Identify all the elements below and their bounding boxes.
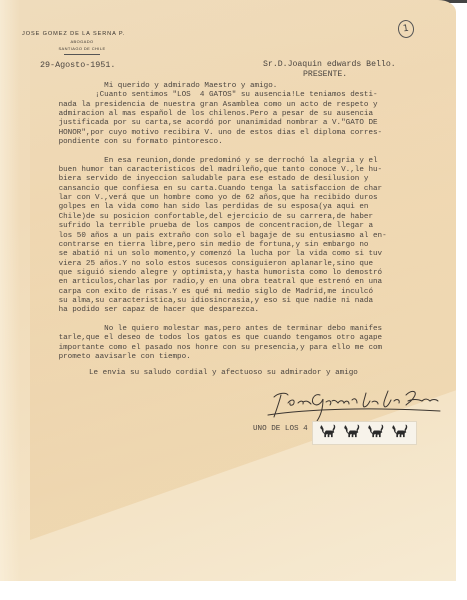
recipient-block: Sr.D.Joaquin edwards Bello. PRESENTE. [263, 60, 396, 79]
body-line: No le quiero molestar mas,pero antes de … [13, 325, 387, 334]
body-line: Chile)de su posicion confortable,del eje… [13, 213, 387, 222]
body-line: tarle,que el deseo de todos los gatos es… [13, 334, 387, 343]
body-line: sufrido la terrible prueba de los campos… [13, 222, 387, 231]
body-line: En esa reunion,donde predominó y se derr… [13, 157, 387, 166]
letterhead-divider [64, 54, 100, 55]
letterhead-city: SANTIAGO DE CHILE [22, 46, 142, 51]
arched-cat-icon [392, 423, 409, 443]
arched-cat-icon [368, 423, 385, 443]
body-line: carpa con exito de risas.Y es qué mi med… [13, 288, 387, 297]
handwritten-signature [248, 385, 448, 425]
body-line: importante como el pasado nos honre con … [13, 344, 387, 353]
four-cats-stamp [312, 421, 417, 445]
recipient-presente: PRESENTE. [303, 70, 347, 79]
letterhead-role: ABOGADO [22, 39, 142, 44]
body-line: buen humor tan caracteristicos del madri… [13, 166, 387, 175]
letter-closing: Le envia su saludo cordial y afectuoso s… [89, 369, 358, 378]
body-line: nada la presidencia de nuestra gran Asam… [13, 101, 387, 110]
body-line [13, 147, 387, 156]
body-line: que siguió siendo alegre y optimista,y h… [13, 269, 387, 278]
arched-cat-icon [320, 423, 337, 443]
body-line: cansancio que confiesa en su carta.Cuand… [13, 185, 387, 194]
body-line: ha podido ser capaz de hacer que despare… [13, 306, 387, 315]
letter-date: 29-Agosto-1951. [40, 61, 115, 70]
letterhead: JOSE GOMEZ DE LA SERNA P. ABOGADO SANTIA… [22, 31, 142, 55]
body-line: admiracion al mas español de los chileno… [13, 110, 387, 119]
body-line: su alma,su caracteristica,su idiosincras… [13, 297, 387, 306]
letterhead-name: JOSE GOMEZ DE LA SERNA P. [22, 31, 142, 37]
sign-off-label: UNO DE LOS 4 [253, 425, 308, 434]
arched-cat-icon [344, 423, 361, 443]
body-line: prometo aavisarle con tiempo. [13, 353, 387, 362]
body-line: HONOR",por cuyo motivo recibira V. uno d… [13, 129, 387, 138]
body-line [13, 316, 387, 325]
body-line: en articulos,charlas por radio,y en una … [13, 278, 387, 287]
body-line: lar con V.,verá que un hombre como yo de… [13, 194, 387, 203]
recipient-name: Sr.D.Joaquin edwards Bello. [263, 60, 396, 69]
body-line: se abatió ni un solo momento,y comenzó l… [13, 250, 387, 259]
body-line: justificada por su carta,se acordó por u… [13, 119, 387, 128]
letter-body: Mi querido y admirado Maestro y amigo. ¡… [13, 82, 387, 362]
body-line: los 50 años a un pais extraño con solo e… [13, 232, 387, 241]
body-line: viera 25 años.Y no solo estos sucesos co… [13, 260, 387, 269]
body-line: contrarse en tierra libre,pero sin medio… [13, 241, 387, 250]
body-line: pondiente con su formato pintoresco. [13, 138, 387, 147]
body-line: Mi querido y admirado Maestro y amigo. [13, 82, 387, 91]
body-line: ¡Cuanto sentimos "LOS 4 GATOS" su ausenc… [13, 91, 387, 100]
body-line: golpes en la vida como han sido las perd… [13, 203, 387, 212]
body-line: biera servido de inyeccion saludable par… [13, 175, 387, 184]
